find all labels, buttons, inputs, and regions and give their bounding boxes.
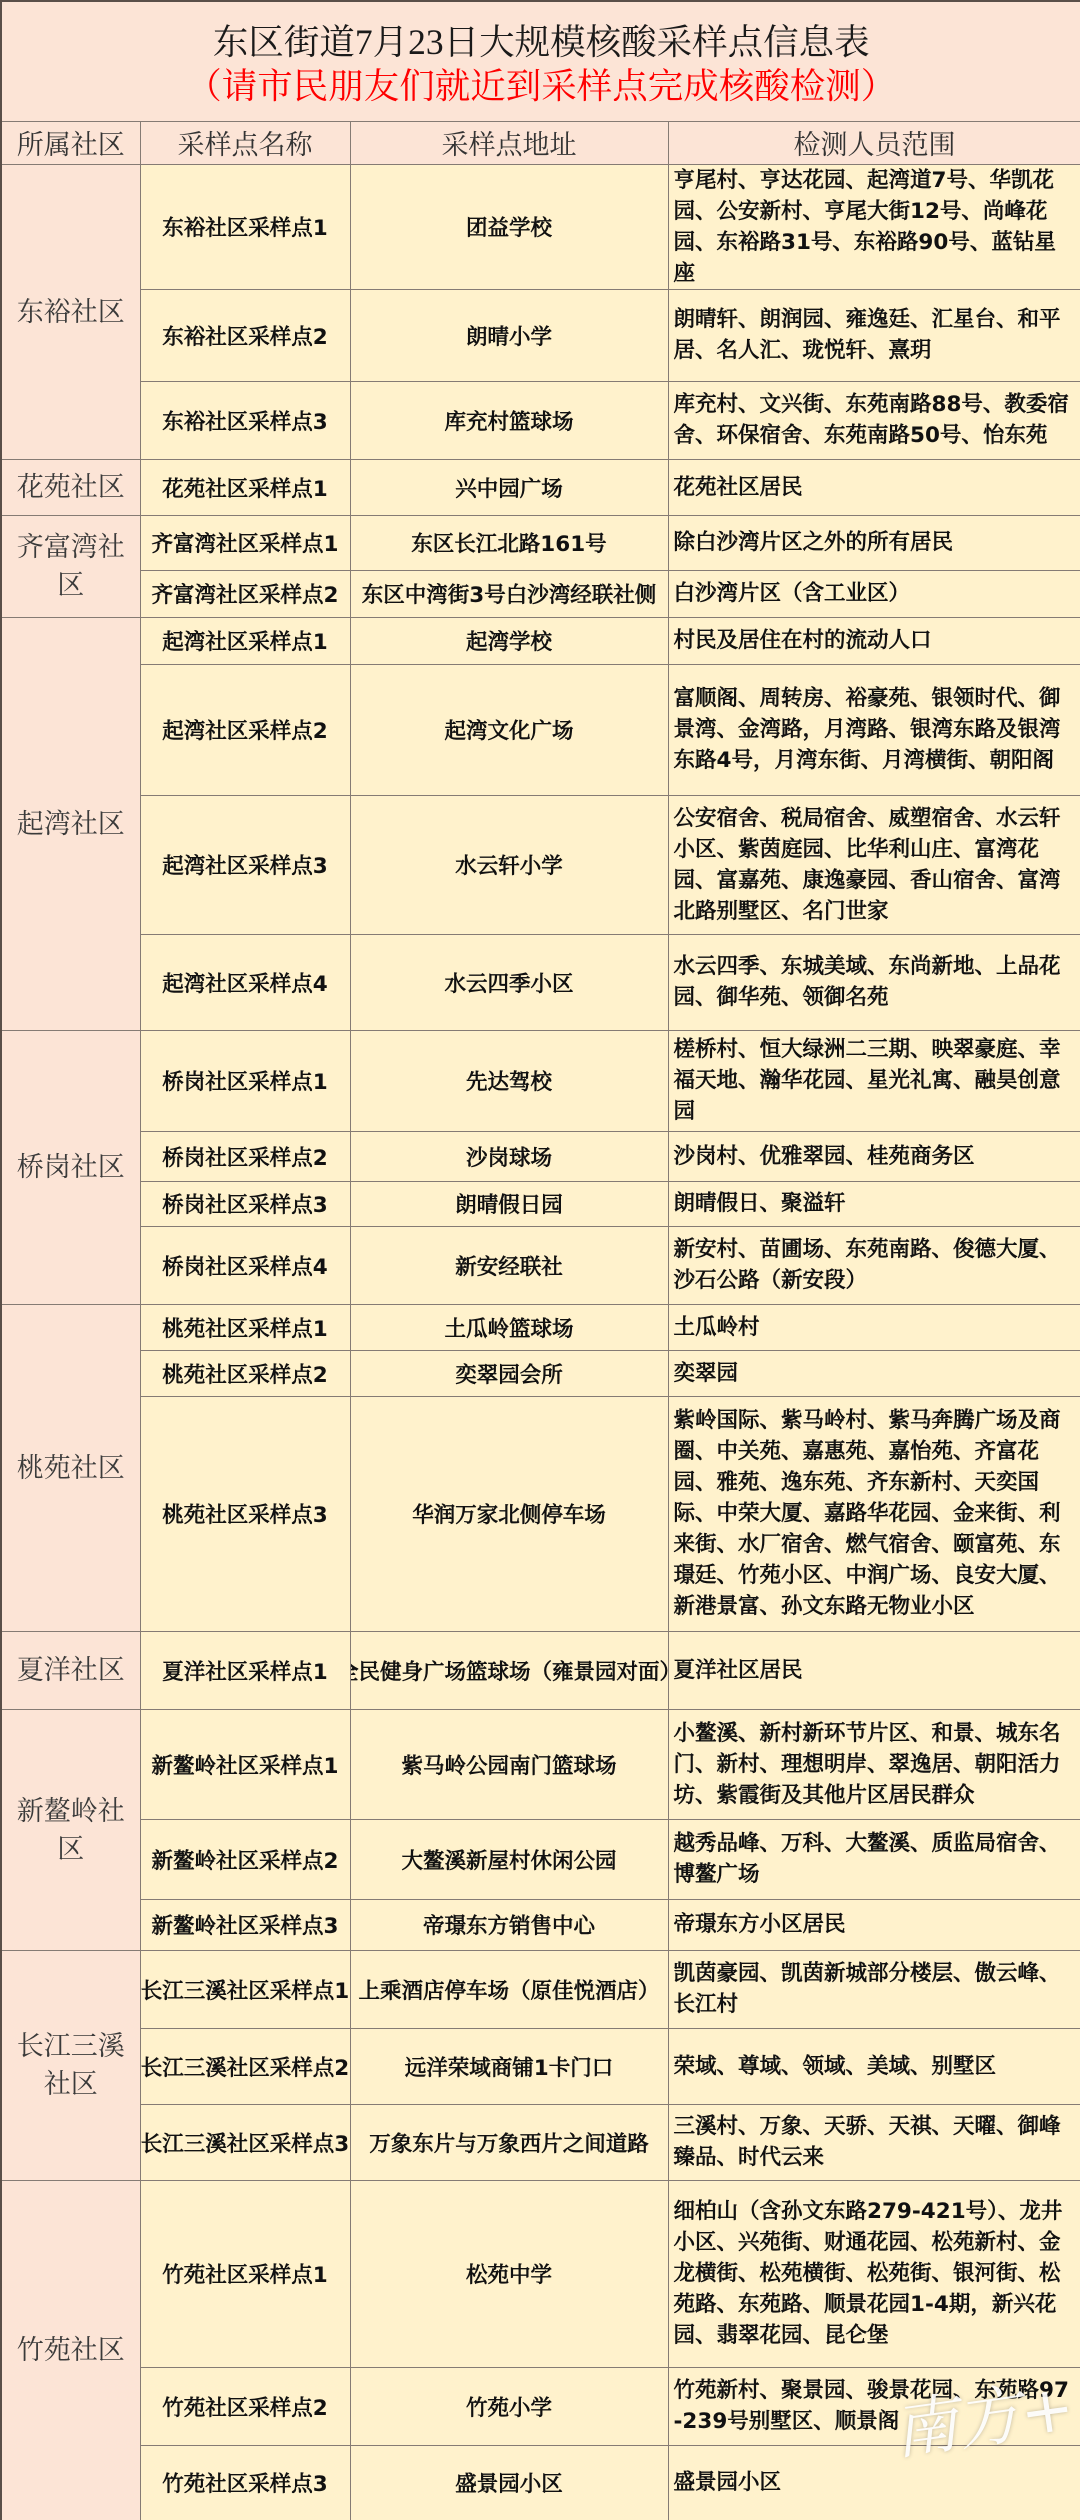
site-name-cell: 长江三溪社区采样点1	[140, 1950, 350, 2028]
site-address-cell: 奕翠园会所	[350, 1350, 668, 1396]
table-row: 齐富湾社区 齐富湾社区采样点1 东区长江北路161号 除白沙湾片区之外的所有居民	[1, 515, 1080, 570]
site-name-cell: 桥岗社区采样点2	[140, 1131, 350, 1181]
site-address: 盛景园小区	[351, 2467, 668, 2498]
scope-text: 槎桥村、恒大绿洲二三期、映翠豪庭、幸福天地、瀚华花园、星光礼寓、融昊创意园	[674, 1034, 1077, 1127]
table-row: 竹苑社区采样点2 竹苑小学 竹苑新村、聚景园、骏景花园、东苑路97-239号别墅…	[1, 2367, 1080, 2445]
site-address: 水云轩小学	[351, 849, 668, 880]
site-address: 松苑中学	[351, 2258, 668, 2289]
site-name: 长江三溪社区采样点2	[141, 2051, 350, 2082]
table-row: 新鳌岭社区采样点2 大鳌溪新屋村休闲公园 越秀品峰、万科、大鳌溪、质监局宿舍、博…	[1, 1819, 1080, 1899]
site-address-cell: 水云轩小学	[350, 795, 668, 934]
page-title: 东区街道7月23日大规模核酸采样点信息表	[2, 20, 1080, 64]
site-address-cell: 全民健身广场篮球场（雍景园对面）	[350, 1631, 668, 1709]
scope-text: 朗晴轩、朗润园、雍逸廷、汇星台、和平居、名人汇、珑悦轩、熹玥	[674, 304, 1077, 366]
site-address-cell: 起湾学校	[350, 617, 668, 664]
scope-text: 盛景园小区	[674, 2467, 1077, 2498]
community-cell: 花苑社区	[1, 459, 140, 515]
site-name: 长江三溪社区采样点1	[141, 1974, 350, 2005]
scope-cell: 土瓜岭村	[668, 1304, 1080, 1350]
scope-cell: 新安村、苗圃场、东苑南路、俊德大厦、沙石公路（新安段）	[668, 1226, 1080, 1304]
table-row: 起湾社区采样点2 起湾文化广场 富顺阁、周转房、裕豪苑、银领时代、御景湾、金湾路…	[1, 664, 1080, 795]
table-row: 长江三溪社区 长江三溪社区采样点1 上乘酒店停车场（原佳悦酒店） 凯茵豪园、凯茵…	[1, 1950, 1080, 2028]
scope-text: 白沙湾片区（含工业区）	[674, 578, 1077, 609]
site-name: 夏洋社区采样点1	[141, 1655, 350, 1686]
scope-cell: 沙岗村、优雅翠园、桂苑商务区	[668, 1131, 1080, 1181]
site-address: 奕翠园会所	[351, 1358, 668, 1389]
site-name: 新鳌岭社区采样点2	[141, 1844, 350, 1875]
scope-cell: 盛景园小区	[668, 2445, 1080, 2520]
site-address-cell: 土瓜岭篮球场	[350, 1304, 668, 1350]
scope-cell: 花苑社区居民	[668, 459, 1080, 515]
header-site-address: 采样点地址	[350, 121, 668, 164]
table-row: 桃苑社区 桃苑社区采样点1 土瓜岭篮球场 土瓜岭村	[1, 1304, 1080, 1350]
scope-text: 小鳌溪、新村新环节片区、和景、城东名门、新村、理想明岸、翠逸居、朝阳活力坊、紫霞…	[674, 1718, 1077, 1811]
scope-cell: 水云四季、东城美域、东尚新地、上品花园、御华苑、领御名苑	[668, 934, 1080, 1030]
site-address-cell: 起湾文化广场	[350, 664, 668, 795]
site-name-cell: 桃苑社区采样点1	[140, 1304, 350, 1350]
scope-text: 新安村、苗圃场、东苑南路、俊德大厦、沙石公路（新安段）	[674, 1234, 1077, 1296]
site-name-cell: 起湾社区采样点3	[140, 795, 350, 934]
scope-text: 奕翠园	[674, 1358, 1077, 1389]
scope-text: 竹苑新村、聚景园、骏景花园、东苑路97-239号别墅区、顺景阁	[674, 2375, 1077, 2437]
site-name-cell: 起湾社区采样点1	[140, 617, 350, 664]
scope-text: 花苑社区居民	[674, 472, 1077, 503]
site-address: 新安经联社	[351, 1250, 668, 1281]
site-name: 起湾社区采样点4	[141, 967, 350, 998]
site-address: 起湾文化广场	[351, 714, 668, 745]
community-cell: 桥岗社区	[1, 1030, 140, 1304]
site-address: 紫马岭公园南门篮球场	[351, 1749, 668, 1780]
scope-cell: 凯茵豪园、凯茵新城部分楼层、傲云峰、长江村	[668, 1950, 1080, 2028]
site-address-cell: 沙岗球场	[350, 1131, 668, 1181]
site-address: 大鳌溪新屋村休闲公园	[351, 1844, 668, 1875]
table-row: 竹苑社区采样点3 盛景园小区 盛景园小区	[1, 2445, 1080, 2520]
site-name: 桥岗社区采样点2	[141, 1141, 350, 1172]
site-address: 土瓜岭篮球场	[351, 1312, 668, 1343]
community-cell: 桃苑社区	[1, 1304, 140, 1631]
scope-cell: 奕翠园	[668, 1350, 1080, 1396]
scope-cell: 紫岭国际、紫马岭村、紫马奔腾广场及商圈、中关苑、嘉惠苑、嘉怡苑、齐富花园、雅苑、…	[668, 1396, 1080, 1631]
site-address-cell: 水云四季小区	[350, 934, 668, 1030]
scope-cell: 夏洋社区居民	[668, 1631, 1080, 1709]
scope-text: 紫岭国际、紫马岭村、紫马奔腾广场及商圈、中关苑、嘉惠苑、嘉怡苑、齐富花园、雅苑、…	[674, 1405, 1077, 1622]
site-address-cell: 团益学校	[350, 164, 668, 289]
table-row: 夏洋社区 夏洋社区采样点1 全民健身广场篮球场（雍景园对面） 夏洋社区居民	[1, 1631, 1080, 1709]
table-row: 长江三溪社区采样点3 万象东片与万象西片之间道路 三溪村、万象、天骄、天祺、天曜…	[1, 2104, 1080, 2180]
community-cell: 竹苑社区	[1, 2180, 140, 2520]
community-cell: 长江三溪社区	[1, 1950, 140, 2180]
site-address: 华润万家北侧停车场	[351, 1498, 668, 1529]
site-address: 库充村篮球场	[351, 405, 668, 436]
site-address: 东区中湾街3号白沙湾经联社侧	[351, 578, 668, 609]
scope-text: 富顺阁、周转房、裕豪苑、银领时代、御景湾、金湾路，月湾路、银湾东路及银湾东路4号…	[674, 683, 1077, 776]
scope-text: 越秀品峰、万科、大鳌溪、质监局宿舍、博鳌广场	[674, 1828, 1077, 1890]
site-name-cell: 齐富湾社区采样点1	[140, 515, 350, 570]
site-name: 桃苑社区采样点2	[141, 1358, 350, 1389]
community-cell: 夏洋社区	[1, 1631, 140, 1709]
scope-cell: 朗晴轩、朗润园、雍逸廷、汇星台、和平居、名人汇、珑悦轩、熹玥	[668, 289, 1080, 381]
site-name: 长江三溪社区采样点3	[141, 2127, 350, 2158]
site-name: 桥岗社区采样点4	[141, 1250, 350, 1281]
site-address: 东区长江北路161号	[351, 527, 668, 558]
site-name-cell: 竹苑社区采样点2	[140, 2367, 350, 2445]
site-address-cell: 库充村篮球场	[350, 381, 668, 459]
scope-cell: 朗晴假日、聚溢轩	[668, 1181, 1080, 1226]
site-name: 竹苑社区采样点2	[141, 2391, 350, 2422]
site-name-cell: 新鳌岭社区采样点2	[140, 1819, 350, 1899]
scope-text: 土瓜岭村	[674, 1312, 1077, 1343]
scope-cell: 公安宿舍、税局宿舍、威塑宿舍、水云轩小区、紫茵庭园、比华利山庄、富湾花园、富嘉苑…	[668, 795, 1080, 934]
site-address: 先达驾校	[351, 1065, 668, 1096]
site-name-cell: 桥岗社区采样点1	[140, 1030, 350, 1131]
site-address: 兴中园广场	[351, 472, 668, 503]
site-name-cell: 起湾社区采样点2	[140, 664, 350, 795]
site-address: 起湾学校	[351, 625, 668, 656]
community-cell: 东裕社区	[1, 164, 140, 459]
site-address-cell: 朗晴小学	[350, 289, 668, 381]
site-address-cell: 东区中湾街3号白沙湾经联社侧	[350, 570, 668, 617]
site-address-cell: 盛景园小区	[350, 2445, 668, 2520]
site-name-cell: 长江三溪社区采样点2	[140, 2028, 350, 2104]
scope-text: 凯茵豪园、凯茵新城部分楼层、傲云峰、长江村	[674, 1958, 1077, 2020]
header-row: 所属社区 采样点名称 采样点地址 检测人员范围	[1, 121, 1080, 164]
scope-text: 库充村、文兴街、东苑南路88号、教委宿舍、环保宿舍、东苑南路50号、怡东苑	[674, 389, 1077, 451]
site-name-cell: 竹苑社区采样点3	[140, 2445, 350, 2520]
site-address-cell: 松苑中学	[350, 2180, 668, 2367]
table-row: 花苑社区 花苑社区采样点1 兴中园广场 花苑社区居民	[1, 459, 1080, 515]
scope-cell: 越秀品峰、万科、大鳌溪、质监局宿舍、博鳌广场	[668, 1819, 1080, 1899]
site-name: 竹苑社区采样点1	[141, 2258, 350, 2289]
scope-text: 朗晴假日、聚溢轩	[674, 1188, 1077, 1219]
table-row: 新鳌岭社区采样点3 帝璟东方销售中心 帝璟东方小区居民	[1, 1899, 1080, 1950]
community-cell: 起湾社区	[1, 617, 140, 1030]
scope-text: 水云四季、东城美域、东尚新地、上品花园、御华苑、领御名苑	[674, 951, 1077, 1013]
table-row: 齐富湾社区采样点2 东区中湾街3号白沙湾经联社侧 白沙湾片区（含工业区）	[1, 570, 1080, 617]
site-name-cell: 新鳌岭社区采样点3	[140, 1899, 350, 1950]
scope-cell: 富顺阁、周转房、裕豪苑、银领时代、御景湾、金湾路，月湾路、银湾东路及银湾东路4号…	[668, 664, 1080, 795]
community-cell: 齐富湾社区	[1, 515, 140, 617]
scope-cell: 竹苑新村、聚景园、骏景花园、东苑路97-239号别墅区、顺景阁	[668, 2367, 1080, 2445]
table-row: 起湾社区采样点3 水云轩小学 公安宿舍、税局宿舍、威塑宿舍、水云轩小区、紫茵庭园…	[1, 795, 1080, 934]
site-name: 齐富湾社区采样点1	[141, 527, 350, 558]
scope-cell: 槎桥村、恒大绿洲二三期、映翠豪庭、幸福天地、瀚华花园、星光礼寓、融昊创意园	[668, 1030, 1080, 1131]
site-address-cell: 帝璟东方销售中心	[350, 1899, 668, 1950]
site-name-cell: 竹苑社区采样点1	[140, 2180, 350, 2367]
site-name: 东裕社区采样点3	[141, 405, 350, 436]
scope-text: 除白沙湾片区之外的所有居民	[674, 527, 1077, 558]
site-address: 万象东片与万象西片之间道路	[351, 2127, 668, 2158]
table-row: 东裕社区采样点3 库充村篮球场 库充村、文兴街、东苑南路88号、教委宿舍、环保宿…	[1, 381, 1080, 459]
site-name-cell: 长江三溪社区采样点3	[140, 2104, 350, 2180]
title-cell: 东区街道7月23日大规模核酸采样点信息表 （请市民朋友们就近到采样点完成核酸检测…	[1, 1, 1080, 121]
site-address-cell: 兴中园广场	[350, 459, 668, 515]
site-name: 竹苑社区采样点3	[141, 2467, 350, 2498]
site-name-cell: 夏洋社区采样点1	[140, 1631, 350, 1709]
scope-cell: 白沙湾片区（含工业区）	[668, 570, 1080, 617]
table-row: 东裕社区 东裕社区采样点1 团益学校 亨尾村、亨达花园、起湾道7号、华凯花园、公…	[1, 164, 1080, 289]
site-name-cell: 桥岗社区采样点3	[140, 1181, 350, 1226]
scope-text: 细柏山（含孙文东路279-421号）、龙井小区、兴苑街、财通花园、松苑新村、金龙…	[674, 2196, 1077, 2351]
scope-cell: 除白沙湾片区之外的所有居民	[668, 515, 1080, 570]
site-name: 东裕社区采样点2	[141, 320, 350, 351]
scope-text: 公安宿舍、税局宿舍、威塑宿舍、水云轩小区、紫茵庭园、比华利山庄、富湾花园、富嘉苑…	[674, 803, 1077, 927]
scope-text: 夏洋社区居民	[674, 1655, 1077, 1686]
site-name-cell: 东裕社区采样点1	[140, 164, 350, 289]
site-address-cell: 竹苑小学	[350, 2367, 668, 2445]
site-address-cell: 上乘酒店停车场（原佳悦酒店）	[350, 1950, 668, 2028]
site-address-cell: 紫马岭公园南门篮球场	[350, 1709, 668, 1819]
table-row: 新鳌岭社区 新鳌岭社区采样点1 紫马岭公园南门篮球场 小鳌溪、新村新环节片区、和…	[1, 1709, 1080, 1819]
title-row: 东区街道7月23日大规模核酸采样点信息表 （请市民朋友们就近到采样点完成核酸检测…	[1, 1, 1080, 121]
site-address: 竹苑小学	[351, 2391, 668, 2422]
site-name: 起湾社区采样点2	[141, 714, 350, 745]
table-row: 桃苑社区采样点2 奕翠园会所 奕翠园	[1, 1350, 1080, 1396]
sampling-sites-table: 东区街道7月23日大规模核酸采样点信息表 （请市民朋友们就近到采样点完成核酸检测…	[0, 0, 1080, 2520]
table-row: 竹苑社区 竹苑社区采样点1 松苑中学 细柏山（含孙文东路279-421号）、龙井…	[1, 2180, 1080, 2367]
site-name-cell: 新鳌岭社区采样点1	[140, 1709, 350, 1819]
table-row: 桃苑社区采样点3 华润万家北侧停车场 紫岭国际、紫马岭村、紫马奔腾广场及商圈、中…	[1, 1396, 1080, 1631]
scope-text: 沙岗村、优雅翠园、桂苑商务区	[674, 1141, 1077, 1172]
site-address: 沙岗球场	[351, 1141, 668, 1172]
site-name-cell: 东裕社区采样点3	[140, 381, 350, 459]
site-address: 上乘酒店停车场（原佳悦酒店）	[351, 1974, 668, 2005]
site-address-cell: 远洋荣域商铺1卡门口	[350, 2028, 668, 2104]
table-row: 桥岗社区采样点2 沙岗球场 沙岗村、优雅翠园、桂苑商务区	[1, 1131, 1080, 1181]
site-address: 全民健身广场篮球场（雍景园对面）	[351, 1655, 668, 1686]
community-cell: 新鳌岭社区	[1, 1709, 140, 1950]
page-subtitle: （请市民朋友们就近到采样点完成核酸检测）	[2, 64, 1080, 108]
site-name-cell: 桥岗社区采样点4	[140, 1226, 350, 1304]
site-address: 朗晴假日园	[351, 1188, 668, 1219]
site-name: 起湾社区采样点3	[141, 849, 350, 880]
scope-text: 荣域、尊域、领域、美域、别墅区	[674, 2051, 1077, 2082]
site-name: 桃苑社区采样点1	[141, 1312, 350, 1343]
site-address-cell: 先达驾校	[350, 1030, 668, 1131]
table-row: 东裕社区采样点2 朗晴小学 朗晴轩、朗润园、雍逸廷、汇星台、和平居、名人汇、珑悦…	[1, 289, 1080, 381]
site-name-cell: 桃苑社区采样点2	[140, 1350, 350, 1396]
scope-cell: 帝璟东方小区居民	[668, 1899, 1080, 1950]
scope-cell: 小鳌溪、新村新环节片区、和景、城东名门、新村、理想明岸、翠逸居、朝阳活力坊、紫霞…	[668, 1709, 1080, 1819]
scope-text: 亨尾村、亨达花园、起湾道7号、华凯花园、公安新村、亨尾大街12号、尚峰花园、东裕…	[674, 165, 1077, 289]
scope-cell: 库充村、文兴街、东苑南路88号、教委宿舍、环保宿舍、东苑南路50号、怡东苑	[668, 381, 1080, 459]
table-row: 桥岗社区采样点3 朗晴假日园 朗晴假日、聚溢轩	[1, 1181, 1080, 1226]
site-address-cell: 大鳌溪新屋村休闲公园	[350, 1819, 668, 1899]
header-scope: 检测人员范围	[668, 121, 1080, 164]
site-address-cell: 新安经联社	[350, 1226, 668, 1304]
site-name-cell: 桃苑社区采样点3	[140, 1396, 350, 1631]
site-name: 桥岗社区采样点1	[141, 1065, 350, 1096]
site-name: 齐富湾社区采样点2	[141, 578, 350, 609]
site-name-cell: 齐富湾社区采样点2	[140, 570, 350, 617]
site-name: 新鳌岭社区采样点3	[141, 1909, 350, 1940]
scope-text: 帝璟东方小区居民	[674, 1909, 1077, 1940]
scope-text: 三溪村、万象、天骄、天祺、天曜、御峰臻品、时代云来	[674, 2111, 1077, 2173]
site-name: 桥岗社区采样点3	[141, 1188, 350, 1219]
site-address: 远洋荣域商铺1卡门口	[351, 2051, 668, 2082]
site-address: 帝璟东方销售中心	[351, 1909, 668, 1940]
scope-cell: 三溪村、万象、天骄、天祺、天曜、御峰臻品、时代云来	[668, 2104, 1080, 2180]
scope-cell: 村民及居住在村的流动人口	[668, 617, 1080, 664]
scope-text: 村民及居住在村的流动人口	[674, 625, 1077, 656]
header-site-name: 采样点名称	[140, 121, 350, 164]
site-name: 新鳌岭社区采样点1	[141, 1749, 350, 1780]
header-community: 所属社区	[1, 121, 140, 164]
table-row: 桥岗社区 桥岗社区采样点1 先达驾校 槎桥村、恒大绿洲二三期、映翠豪庭、幸福天地…	[1, 1030, 1080, 1131]
site-name: 花苑社区采样点1	[141, 472, 350, 503]
site-name: 东裕社区采样点1	[141, 211, 350, 242]
table-row: 起湾社区 起湾社区采样点1 起湾学校 村民及居住在村的流动人口	[1, 617, 1080, 664]
table-row: 长江三溪社区采样点2 远洋荣域商铺1卡门口 荣域、尊域、领域、美域、别墅区	[1, 2028, 1080, 2104]
table-row: 桥岗社区采样点4 新安经联社 新安村、苗圃场、东苑南路、俊德大厦、沙石公路（新安…	[1, 1226, 1080, 1304]
site-address-cell: 朗晴假日园	[350, 1181, 668, 1226]
site-address: 朗晴小学	[351, 320, 668, 351]
table-row: 起湾社区采样点4 水云四季小区 水云四季、东城美域、东尚新地、上品花园、御华苑、…	[1, 934, 1080, 1030]
site-name: 桃苑社区采样点3	[141, 1498, 350, 1529]
site-name: 起湾社区采样点1	[141, 625, 350, 656]
site-address: 团益学校	[351, 211, 668, 242]
site-address: 水云四季小区	[351, 967, 668, 998]
scope-cell: 荣域、尊域、领域、美域、别墅区	[668, 2028, 1080, 2104]
scope-cell: 亨尾村、亨达花园、起湾道7号、华凯花园、公安新村、亨尾大街12号、尚峰花园、东裕…	[668, 164, 1080, 289]
site-address-cell: 华润万家北侧停车场	[350, 1396, 668, 1631]
site-name-cell: 起湾社区采样点4	[140, 934, 350, 1030]
site-address-cell: 东区长江北路161号	[350, 515, 668, 570]
site-name-cell: 花苑社区采样点1	[140, 459, 350, 515]
site-address-cell: 万象东片与万象西片之间道路	[350, 2104, 668, 2180]
scope-cell: 细柏山（含孙文东路279-421号）、龙井小区、兴苑街、财通花园、松苑新村、金龙…	[668, 2180, 1080, 2367]
site-name-cell: 东裕社区采样点2	[140, 289, 350, 381]
